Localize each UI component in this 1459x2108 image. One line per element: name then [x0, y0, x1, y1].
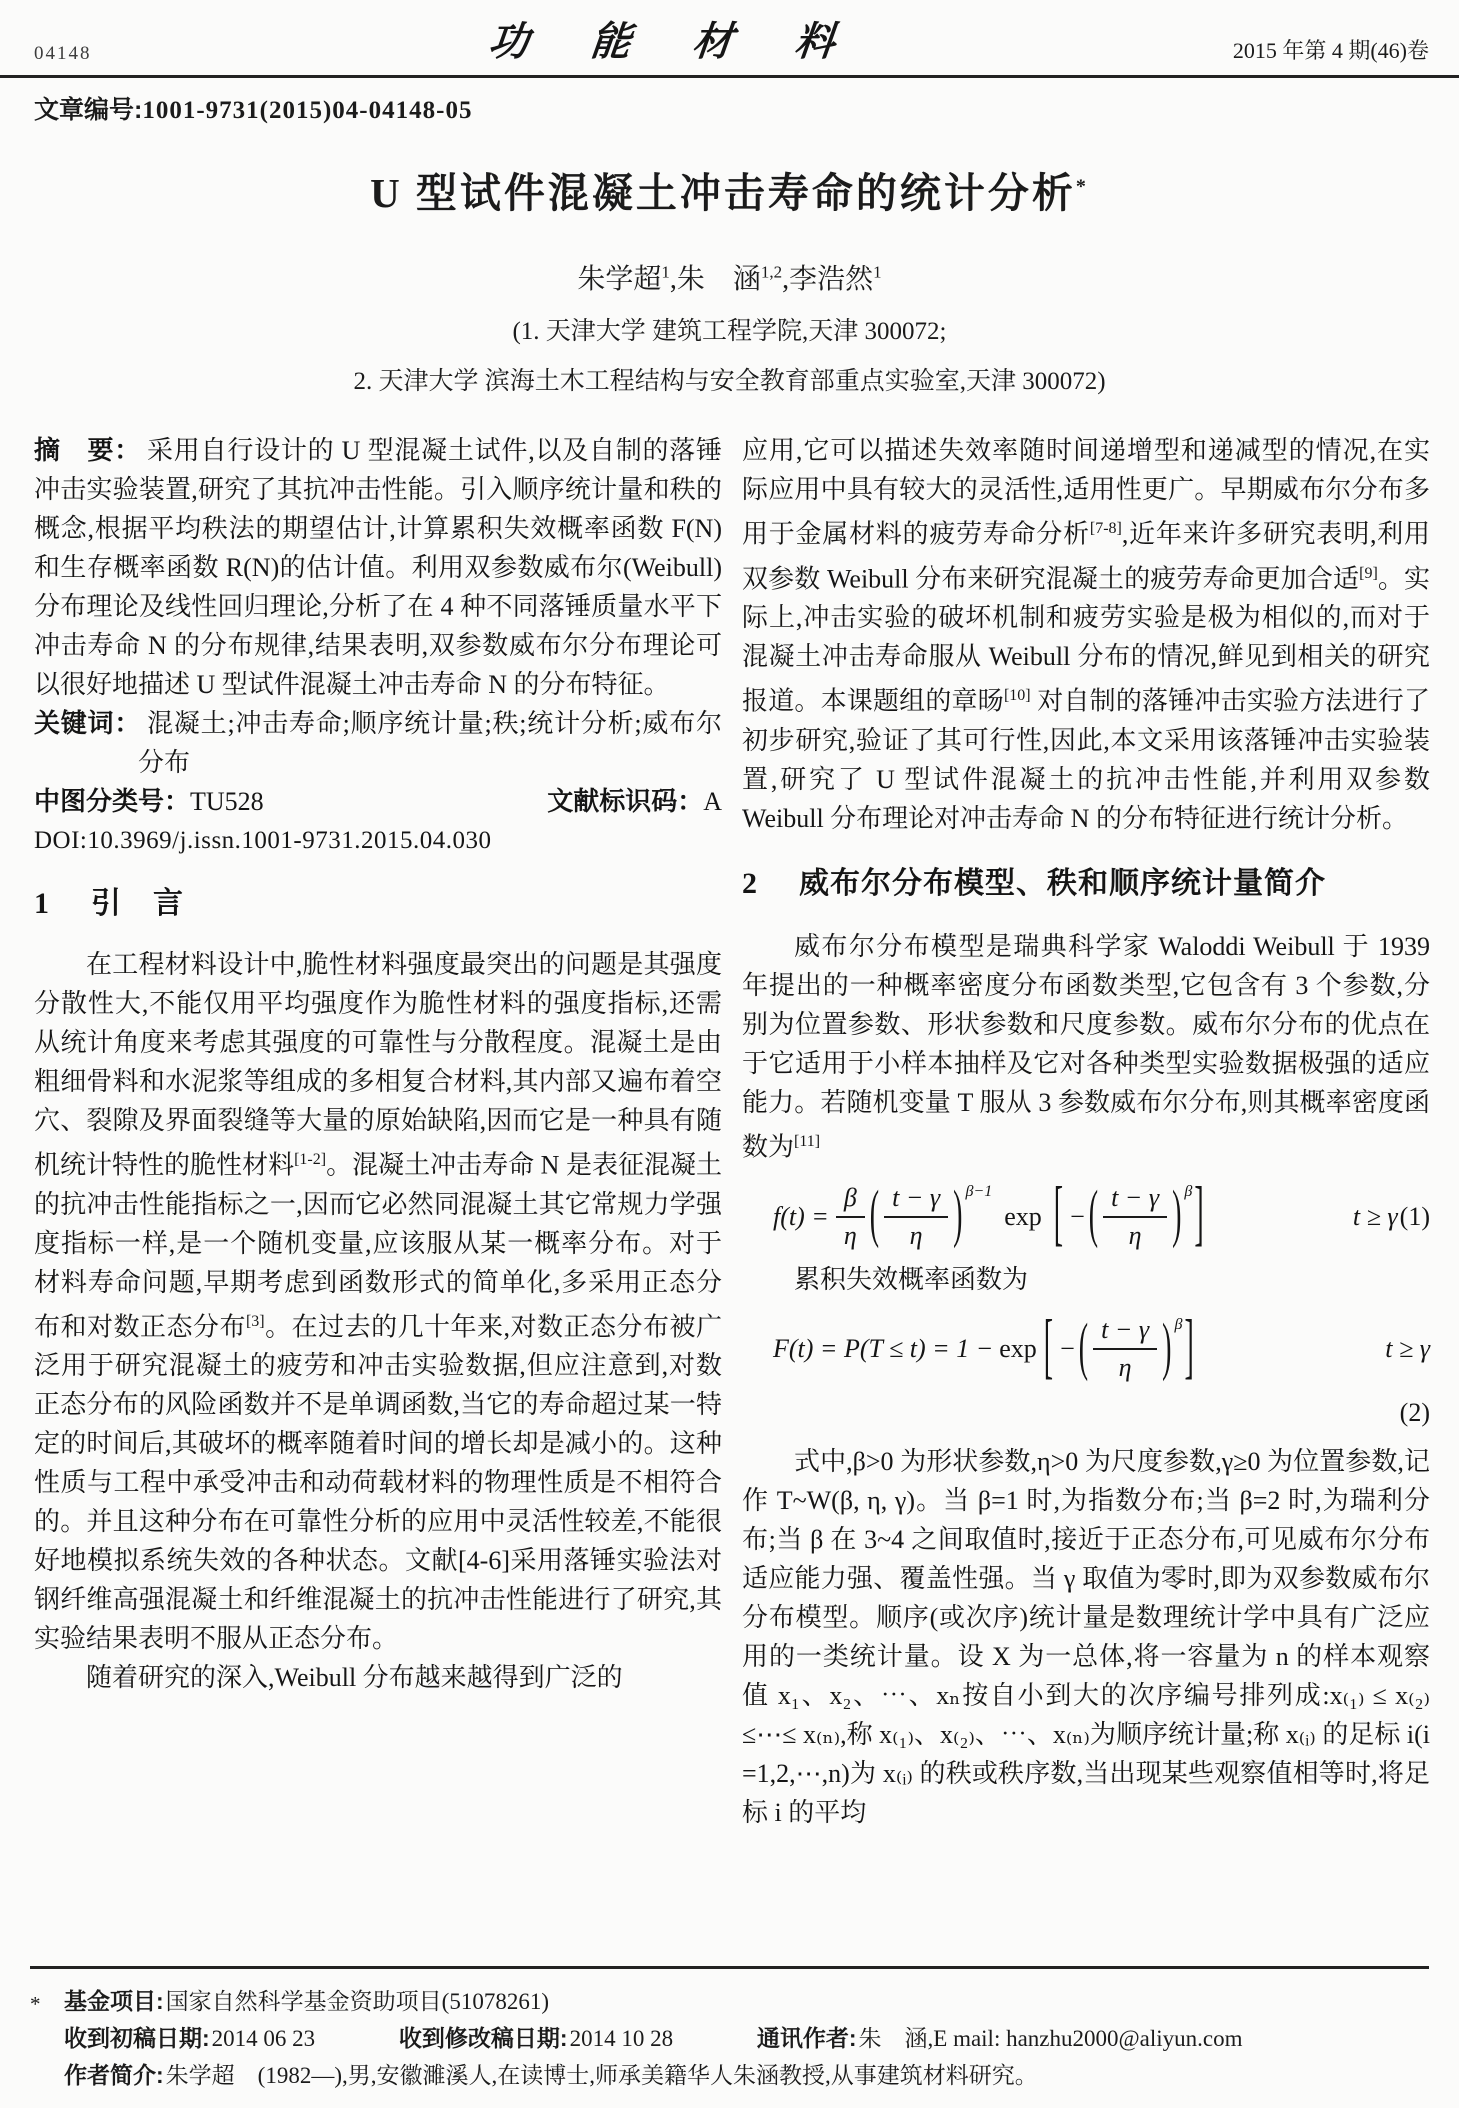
revised-date: 收到修改稿日期:2014 10 28 [399, 2020, 673, 2057]
article-number-line: 文章编号:1001-9731(2015)04-04148-05 [34, 90, 1459, 126]
clc-value: TU528 [190, 787, 264, 816]
affiliation-1: (1. 天津大学 建筑工程学院,天津 300072; [0, 317, 1459, 347]
keywords: 关键词：混凝土;冲击寿命;顺序统计量;秩;统计分析;威布尔分布 [34, 704, 722, 782]
author-name: 朱 涵 [677, 264, 761, 295]
cumulative-function-line: 累积失效概率函数为 [742, 1260, 1430, 1299]
section-1-heading: 1引 言 [34, 884, 722, 923]
abstract-body: 采用自行设计的 U 型混凝土试件,以及自制的落锤冲击实验装置,研究了其抗冲击性能… [34, 436, 722, 699]
citation-ref: [3] [246, 1313, 265, 1330]
author-affil-sup: 1 [873, 263, 882, 282]
dates-contact-line: 收到初稿日期:2014 06 23 收到修改稿日期:2014 10 28 通讯作… [64, 2020, 1429, 2057]
intro-paragraph-1: 在工程材料设计中,脆性材料强度最突出的问题是其强度分散性大,不能仅用平均强度作为… [34, 945, 722, 1658]
citation-ref: [10] [1004, 687, 1031, 704]
page-code: 04148 [34, 43, 92, 67]
keywords-body: 混凝土;冲击寿命;顺序统计量;秩;统计分析;威布尔分布 [138, 709, 722, 777]
equation-1: f(t) = βη ( t − γη )β−1 exp [ − ( t − γη… [742, 1183, 1430, 1251]
intro-paragraph-2-continued: 应用,它可以描述失效率随时间递增型和递减型的情况,在实际应用中具有较大的灵活性,… [742, 431, 1430, 838]
equation-number: (2) [742, 1393, 1430, 1432]
journal-name: 功能材料 [486, 10, 900, 67]
weibull-intro-paragraph: 威布尔分布模型是瑞典科学家 Waloddi Weibull 于 1939 年提出… [742, 927, 1430, 1167]
citation-ref: [11] [794, 1133, 820, 1150]
clc-label: 中图分类号： [34, 786, 190, 816]
doc-code-label: 文献标识码： [547, 786, 703, 816]
right-column: 应用,它可以描述失效率随时间递增型和递减型的情况,在实际应用中具有较大的灵活性,… [742, 431, 1430, 1832]
fraction: t − γη [884, 1183, 948, 1251]
article-number-label: 文章编号: [34, 96, 142, 124]
received-date: 收到初稿日期:2014 06 23 [64, 2020, 315, 2057]
footnote-area: * 基金项目:国家自然科学基金资助项目(51078261) 收到初稿日期:201… [0, 1966, 1459, 2094]
authors-line: 朱学超1,朱 涵1,2,李浩然1 [0, 257, 1459, 297]
fraction: t − γη [1093, 1315, 1157, 1383]
fund-project-line: 基金项目:国家自然科学基金资助项目(51078261) [64, 1983, 1429, 2020]
intro-paragraph-2-start: 随着研究的深入,Weibull 分布越来越得到广泛的 [34, 1658, 722, 1697]
corresponding-author: 通讯作者:朱 涵,E mail: hanzhu2000@aliyun.com [757, 2020, 1243, 2057]
issue-info: 2015 年第 4 期(46)卷 [1233, 34, 1429, 67]
affiliation-2: 2. 天津大学 滨海土木工程结构与安全教育部重点实验室,天津 300072) [0, 367, 1459, 397]
footnote-divider [30, 1966, 1429, 1969]
article-number-value: 1001-9731(2015)04-04148-05 [142, 97, 472, 124]
fraction: t − γη [1103, 1183, 1167, 1251]
parameters-paragraph: 式中,β>0 为形状参数,η>0 为尺度参数,γ≥0 为位置参数,记作 T~W(… [742, 1442, 1430, 1832]
author-affil-sup: 1 [661, 263, 670, 282]
citation-ref: [9] [1359, 565, 1378, 582]
left-column: 摘 要：采用自行设计的 U 型混凝土试件,以及自制的落锤冲击实验装置,研究了其抗… [34, 431, 722, 1832]
fraction: βη [836, 1183, 865, 1251]
footnote-marker: * [30, 1983, 64, 2094]
abstract-label: 摘 要： [34, 435, 141, 465]
author-name: 朱学超 [577, 264, 661, 295]
paper-title: U 型试件混凝土冲击寿命的统计分析* [20, 160, 1439, 219]
paper-page: 04148 功能材料 2015 年第 4 期(46)卷 文章编号:1001-97… [0, 0, 1459, 2108]
equation-2: F(t) = P(T ≤ t) = 1 − exp [ − ( t − γη )… [742, 1315, 1430, 1383]
citation-ref: [7-8] [1090, 520, 1122, 537]
author-affil-sup: 1,2 [761, 263, 782, 282]
body-columns: 摘 要：采用自行设计的 U 型混凝土试件,以及自制的落锤冲击实验装置,研究了其抗… [0, 397, 1459, 1832]
equation-number: (1) [1400, 1202, 1430, 1231]
title-footnote-marker: * [1076, 175, 1089, 197]
page-header: 04148 功能材料 2015 年第 4 期(46)卷 [0, 0, 1459, 78]
abstract: 摘 要：采用自行设计的 U 型混凝土试件,以及自制的落锤冲击实验装置,研究了其抗… [34, 431, 722, 704]
section-2-heading: 2威布尔分布模型、秩和顺序统计量简介 [742, 864, 1430, 903]
citation-ref: [1-2] [294, 1151, 326, 1168]
doc-code-value: A [703, 787, 722, 816]
keywords-label: 关键词： [34, 708, 141, 738]
author-name: 李浩然 [789, 264, 873, 295]
author-bio-line: 作者简介:朱学超 (1982—),男,安徽濉溪人,在读博士,师承美籍华人朱涵教授… [64, 2057, 1429, 2094]
classification-line: 中图分类号：TU528 文献标识码：A [34, 782, 722, 821]
doi-line: DOI:10.3969/j.issn.1001-9731.2015.04.030 [34, 821, 722, 860]
